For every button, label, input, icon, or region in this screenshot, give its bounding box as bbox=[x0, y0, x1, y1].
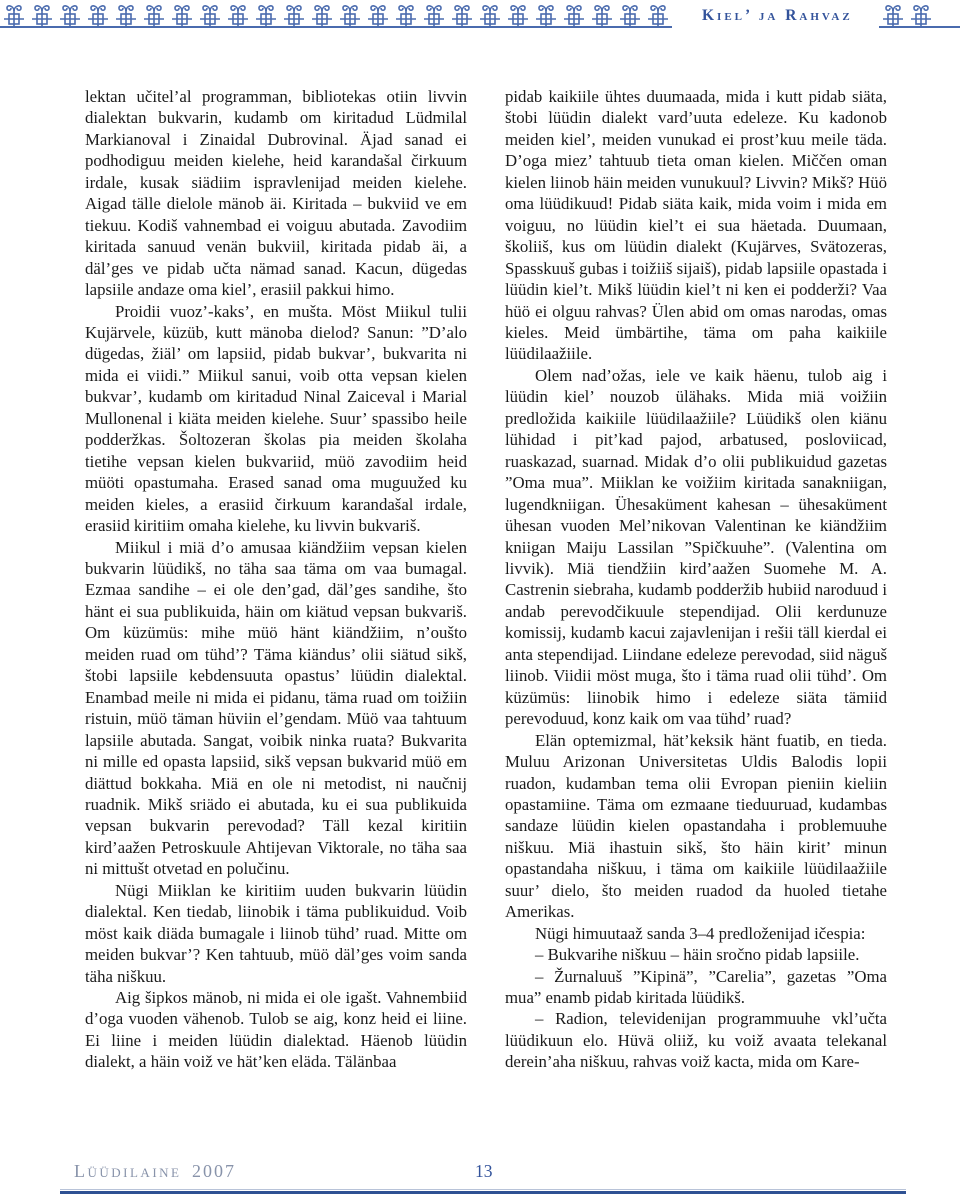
paragraph: Aig šipkos mänob, ni mida ei ole igašt. … bbox=[85, 987, 467, 1073]
floral-cross-ornament-icon bbox=[140, 2, 168, 26]
page-footer: Lüüdilaine 2007 13 bbox=[60, 1161, 906, 1194]
paragraph: Nügi himuutaaž sanda 3–4 predloženijad i… bbox=[505, 923, 887, 944]
text-column-left: lektan učitel’al programman, bibliotekas… bbox=[85, 86, 467, 1148]
floral-cross-ornament-icon bbox=[907, 2, 935, 26]
paragraph: Proidii vuoz’-kaks’, en mušta. Möst Miik… bbox=[85, 301, 467, 537]
floral-cross-ornament-icon bbox=[28, 2, 56, 26]
text-column-right: pidab kaikiile ühtes duumaada, mida i ku… bbox=[505, 86, 887, 1148]
floral-cross-ornament-icon bbox=[644, 2, 672, 26]
floral-cross-ornament-icon bbox=[504, 2, 532, 26]
header-ornament-band-right bbox=[879, 0, 960, 28]
journal-year: 2007 bbox=[185, 1161, 236, 1181]
floral-cross-ornament-icon bbox=[84, 2, 112, 26]
page-number: 13 bbox=[475, 1161, 493, 1182]
floral-cross-ornament-icon bbox=[448, 2, 476, 26]
page-header: Kiel’ ja Rahvaz bbox=[0, 2, 960, 28]
article-body: lektan učitel’al programman, bibliotekas… bbox=[85, 86, 887, 1148]
floral-cross-ornament-icon bbox=[879, 2, 907, 26]
paragraph: Elän optemizmal, hät’keksik hänt fuatib,… bbox=[505, 730, 887, 923]
floral-cross-ornament-icon bbox=[336, 2, 364, 26]
floral-cross-ornament-icon bbox=[420, 2, 448, 26]
floral-cross-ornament-icon bbox=[252, 2, 280, 26]
floral-cross-ornament-icon bbox=[280, 2, 308, 26]
journal-name: Lüüdilaine bbox=[74, 1161, 181, 1181]
paragraph: pidab kaikiile ühtes duumaada, mida i ku… bbox=[505, 86, 887, 365]
floral-cross-ornament-icon bbox=[364, 2, 392, 26]
paragraph: Miikul i miä d’o amusaa kiändžiim vepsan… bbox=[85, 537, 467, 880]
footer-rule bbox=[60, 1189, 906, 1194]
floral-cross-ornament-icon bbox=[308, 2, 336, 26]
floral-cross-ornament-icon bbox=[476, 2, 504, 26]
paragraph: – Bukvarihe niškuu – häin sročno pidab l… bbox=[505, 944, 887, 965]
running-title: Kiel’ ja Rahvaz bbox=[672, 7, 879, 28]
footer-row: Lüüdilaine 2007 13 bbox=[60, 1161, 906, 1185]
floral-cross-ornament-icon bbox=[112, 2, 140, 26]
floral-cross-ornament-icon bbox=[392, 2, 420, 26]
floral-cross-ornament-icon bbox=[196, 2, 224, 26]
floral-cross-ornament-icon bbox=[560, 2, 588, 26]
floral-cross-ornament-icon bbox=[56, 2, 84, 26]
paragraph: – Radion, televidenijan programmuuhe vkl… bbox=[505, 1008, 887, 1072]
floral-cross-ornament-icon bbox=[588, 2, 616, 26]
floral-cross-ornament-icon bbox=[532, 2, 560, 26]
paragraph: – Žurnaluuš ”Kipinä”, ”Carelia”, gazetas… bbox=[505, 966, 887, 1009]
paragraph: Nügi Miiklan ke kiritiim uuden bukvarin … bbox=[85, 880, 467, 987]
paragraph: lektan učitel’al programman, bibliotekas… bbox=[85, 86, 467, 301]
floral-cross-ornament-icon bbox=[168, 2, 196, 26]
journal-page: Kiel’ ja Rahvaz bbox=[0, 0, 960, 1200]
floral-cross-ornament-icon bbox=[616, 2, 644, 26]
floral-cross-ornament-icon bbox=[224, 2, 252, 26]
paragraph: Olem nad’ožas, iele ve kaik häenu, tulob… bbox=[505, 365, 887, 730]
floral-cross-ornament-icon bbox=[0, 2, 28, 26]
header-ornament-band-left bbox=[0, 0, 672, 28]
